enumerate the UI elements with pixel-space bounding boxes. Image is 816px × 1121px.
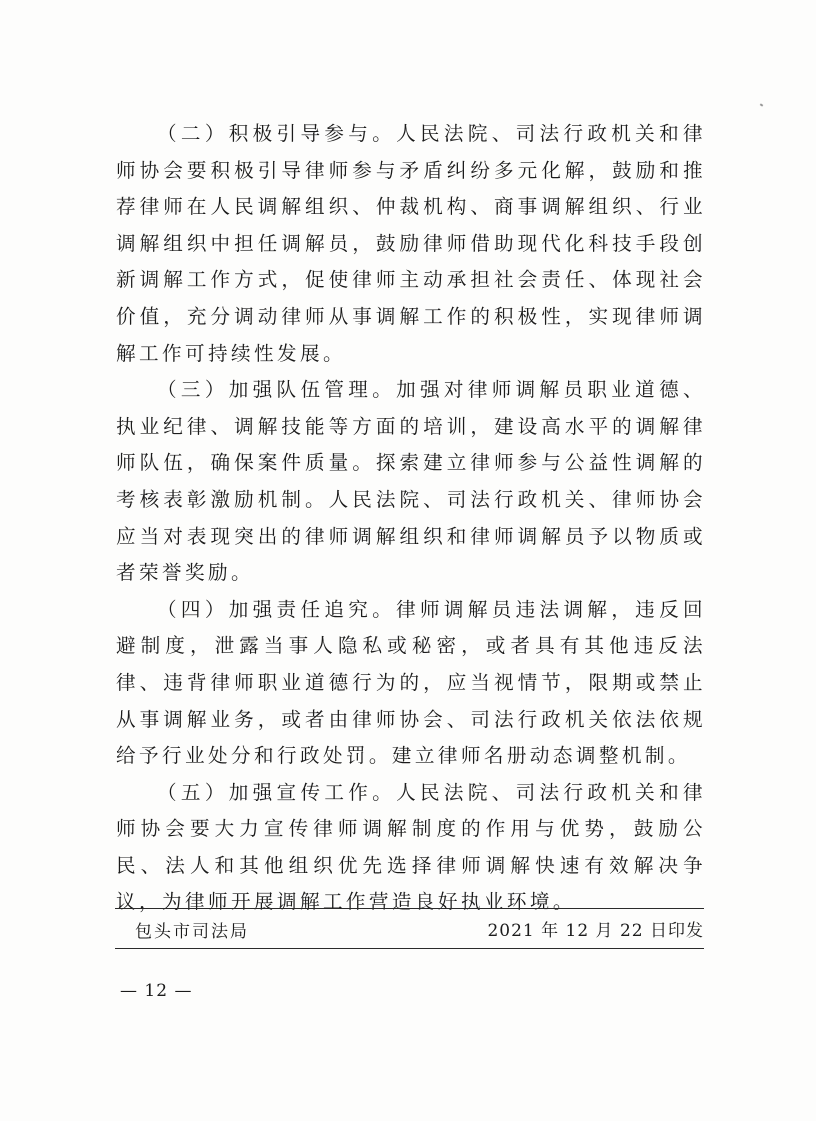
imprint-date: 2021 年 12 月 22 日印发 [487, 916, 704, 941]
document-body: （二）积极引导参与。人民法院、司法行政机关和律师协会要积极引导律师参与矛盾纠纷多… [116, 116, 706, 921]
imprint-top-rule [115, 908, 704, 909]
scan-speck [760, 103, 764, 106]
document-page: （二）积极引导参与。人民法院、司法行政机关和律师协会要积极引导律师参与矛盾纠纷多… [0, 0, 816, 1121]
paragraph-team-management: （三）加强队伍管理。加强对律师调解员职业道德、执业纪律、调解技能等方面的培训，建… [116, 372, 706, 592]
imprint-bottom-rule [115, 948, 704, 949]
paragraph-publicity: （五）加强宣传工作。人民法院、司法行政机关和律师协会要大力宣传律师调解制度的作用… [116, 775, 706, 921]
paragraph-active-guidance: （二）积极引导参与。人民法院、司法行政机关和律师协会要积极引导律师参与矛盾纠纷多… [116, 116, 706, 372]
page-number: — 12 — [120, 981, 192, 1001]
imprint-organization: 包头市司法局 [135, 917, 249, 942]
paragraph-accountability: （四）加强责任追究。律师调解员违法调解，违反回避制度，泄露当事人隐私或秘密，或者… [116, 592, 706, 775]
